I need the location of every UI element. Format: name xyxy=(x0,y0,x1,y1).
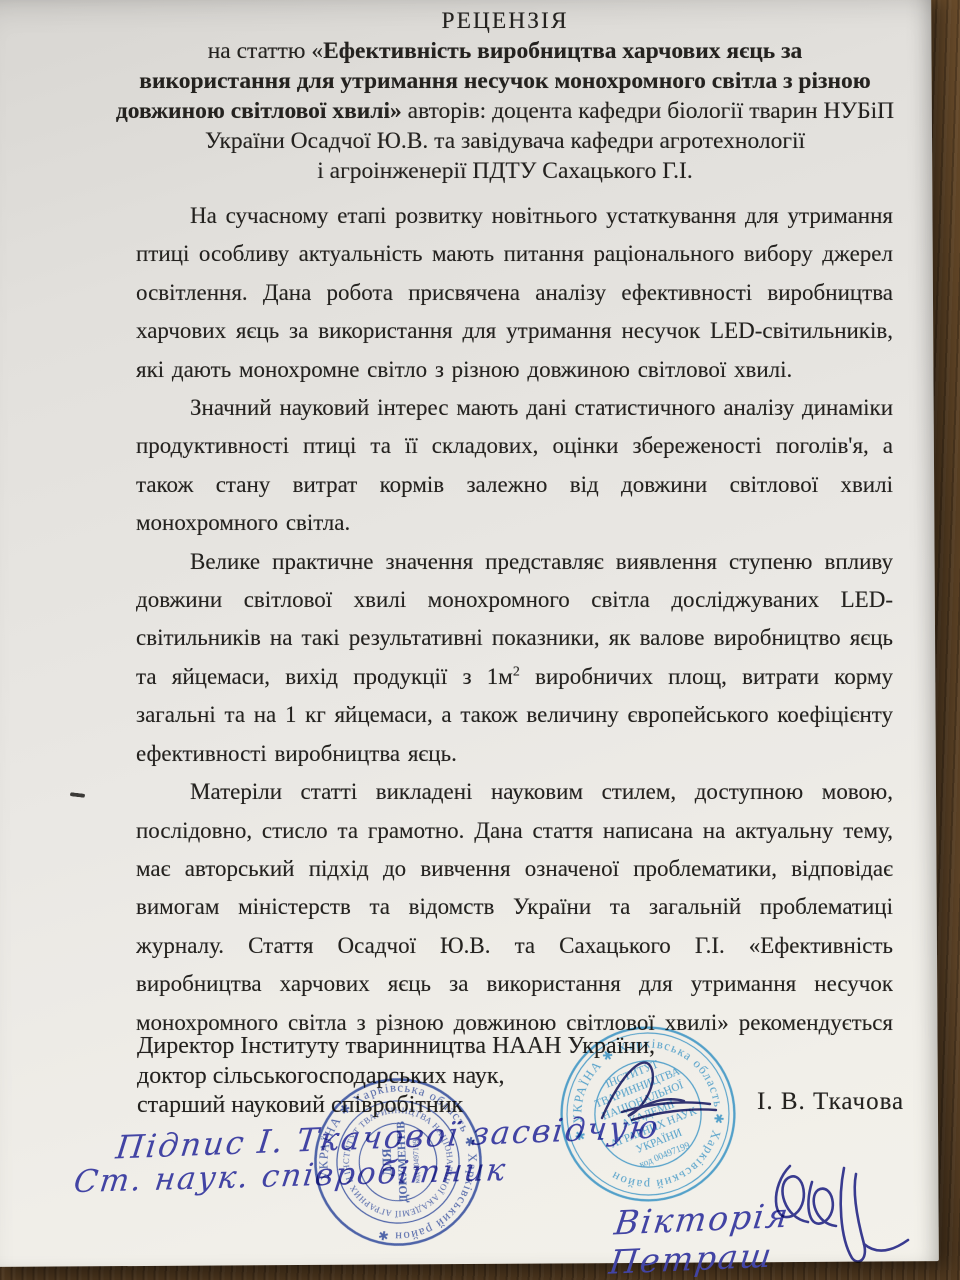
secretary-signature xyxy=(760,1138,940,1278)
review-text: На сучасному етапі розвитку новітнього у… xyxy=(136,197,893,1039)
paragraph: На сучасному етапі розвитку новітнього у… xyxy=(136,197,893,389)
paragraph: Значний науковий інтерес мають дані стат… xyxy=(136,389,893,543)
heading-line: на статтю «Ефективність виробництва харч… xyxy=(105,36,905,66)
article-title-part: довжиною світлової хвилі» xyxy=(116,98,402,124)
heading-authors-line: України Осадчої Ю.В. та завідувача кафед… xyxy=(105,126,905,156)
signer-name: І. В. Ткачова xyxy=(757,1088,904,1116)
director-signature xyxy=(588,1046,738,1146)
paragraph: Матеріли статті викладені науковим стиле… xyxy=(136,773,893,1039)
document-title: РЕЦЕНЗІЯ xyxy=(105,6,905,36)
document-heading: РЕЦЕНЗІЯ на статтю «Ефективність виробни… xyxy=(105,6,905,186)
heading-line: довжиною світлової хвилі» авторів: доцен… xyxy=(105,96,905,126)
paragraph: Велике практичне значення представляє ви… xyxy=(136,543,893,773)
photo-of-document: РЕЦЕНЗІЯ на статтю «Ефективність виробни… xyxy=(0,0,960,1280)
stamp-code: код 00497199 xyxy=(411,1139,422,1183)
stamp-center-text: ДЛЯ xyxy=(380,1148,395,1177)
stamp-center-text: ДОКУМЕНТІВ xyxy=(394,1121,410,1203)
article-title-part: використання для утримання несучок монох… xyxy=(105,66,905,96)
article-title-part: Ефективність виробництва харчових яєць з… xyxy=(323,38,802,64)
superscript: 2 xyxy=(513,664,520,679)
heading-authors-line: і агроінженерії ПДТУ Сахацького Г.І. xyxy=(105,156,905,186)
